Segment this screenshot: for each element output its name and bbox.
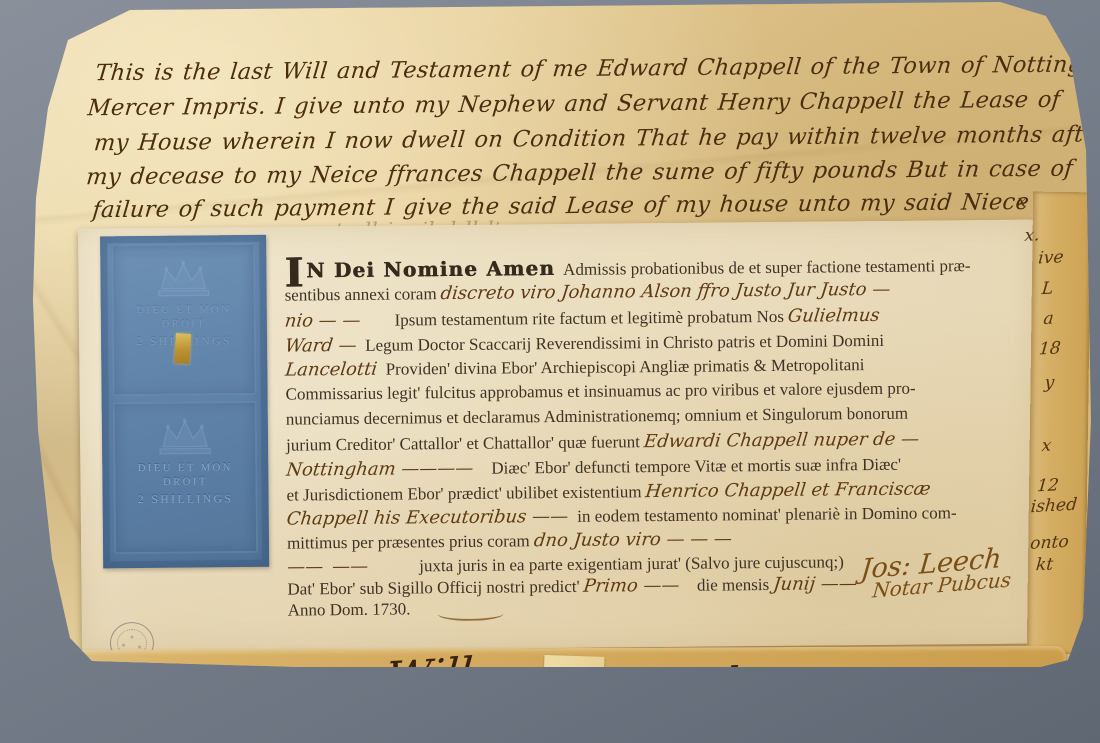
ink-flourish xyxy=(438,607,504,622)
stamp-duty: 2 SHILLINGS xyxy=(138,493,234,506)
probate-line: Dat' Ebor' sub Sigillo Officij nostri pr… xyxy=(287,573,857,599)
will-line: my House wherein I now dwell on Conditio… xyxy=(93,121,1100,156)
stamp-motto: DROIT xyxy=(163,476,208,487)
parchment-strap xyxy=(826,727,879,743)
parchment-document: This is the last Will and Testament of m… xyxy=(0,0,1100,743)
probate-text-segment: Primo —— xyxy=(583,575,681,597)
probate-text-segment: Admissis probationibus de et super facti… xyxy=(563,256,971,279)
margin-fragment: x xyxy=(1016,191,1027,211)
paper-patch xyxy=(543,655,604,692)
margin-fragment: kt xyxy=(1035,554,1054,575)
will-line: my decease to my Neice ffrances Chappell… xyxy=(85,156,1074,191)
probate-text-segment: jurium Creditor' Cattallor' et Chattallo… xyxy=(286,432,644,454)
probate-line: Chappell his Executoribus —— in eodem te… xyxy=(287,502,957,529)
notary-signature-block: Jos: Leech Notar Pubcus xyxy=(860,543,1012,604)
probate-line: Nottingham ———— Diæc' Ebor' defuncti tem… xyxy=(286,454,901,481)
probate-text-segment: Nottingham ———— xyxy=(285,458,492,481)
margin-fragment: ive xyxy=(1037,247,1064,268)
revenue-stamp: DIEU ET MON DROIT 2 SHILLINGS DIEU ET MO… xyxy=(100,235,269,569)
probate-text-segment: Junij —— xyxy=(772,573,858,595)
probate-text-segment: Providen' divina Ebor' Archiepiscopi Ang… xyxy=(377,355,864,379)
probate-text-segment: nio — — xyxy=(284,310,362,332)
probate-line: mittimus per præsentes prius coram dno J… xyxy=(287,528,732,553)
probate-text-segment: Chappell his Executoribus —— xyxy=(286,506,579,530)
endorsement-ward: Ward xyxy=(630,659,741,709)
folded-margin-strip: xx.iveLa18yx12ishedontokt xyxy=(1027,192,1091,655)
probate-text-segment: discreto viro Johanno Alson ffro Justo J… xyxy=(440,279,892,304)
margin-fragment: x xyxy=(1041,436,1052,456)
probate-text-segment: N Dei Nomine Amen xyxy=(306,256,563,282)
margin-fragment: 18 xyxy=(1038,338,1062,359)
probate-text-segment: mittimus per præsentes prius coram xyxy=(287,531,534,552)
probate-line: Ward — Legum Doctor Scaccarij Reverendis… xyxy=(285,330,884,357)
margin-fragment: ished xyxy=(1030,495,1078,517)
will-line: This is the last Will and Testament of m… xyxy=(94,51,1098,86)
margin-fragment: x. xyxy=(1024,225,1041,246)
crown-icon xyxy=(150,257,216,302)
stamp-motto: DIEU ET MON xyxy=(136,304,231,316)
probate-text-segment: die mensis xyxy=(680,575,774,595)
probate-text-segment: Dat' Ebor' sub Sigillo Officij nostri pr… xyxy=(287,577,584,599)
probate-text-segment: Henrico Chappell et Franciscæ xyxy=(645,478,932,502)
probate-line: Lancelotti Providen' divina Ebor' Archie… xyxy=(285,354,864,381)
margin-fragment: L xyxy=(1041,279,1054,300)
revenue-stamp-panel-top: DIEU ET MON DROIT 2 SHILLINGS xyxy=(111,243,256,396)
probate-text-segment: et Jurisdictionem Ebor' prædict' ubilibe… xyxy=(286,482,645,504)
probate-text-segment: sentibus annexi coram xyxy=(285,284,441,304)
probate-text-segment: juxta juris in ea parte exigentiam jurat… xyxy=(368,552,844,576)
probate-text-segment: Lancelotti xyxy=(284,359,378,381)
probate-text-segment: nunciamus decernimus et declaramus Admin… xyxy=(286,404,908,429)
will-text-block: This is the last Will and Testament of m… xyxy=(85,40,1065,239)
gold-wax-fleck xyxy=(174,333,191,364)
margin-fragment: y xyxy=(1044,373,1055,393)
endorsement-will: Will: xyxy=(384,648,490,705)
will-line: Mercer Impris. I give unto my Nephew and… xyxy=(86,87,1061,122)
probate-text-segment: Commissarius legit' fulcitus approbamus … xyxy=(285,379,915,404)
probate-text-segment: Anno Dom. 1730. xyxy=(288,599,411,619)
probate-line: Commissarius legit' fulcitus approbamus … xyxy=(285,379,915,405)
probate-text-segment: Edwardi Chappell nuper de — xyxy=(643,429,920,453)
probate-text-segment: Ipsum testamentum rite factum et legitim… xyxy=(360,307,788,330)
probate-certificate: IN Dei Nomine Amen Admissis probationibu… xyxy=(78,219,1040,652)
probate-line: sentibus annexi coram discreto viro Joha… xyxy=(285,279,891,306)
photo-background: This is the last Will and Testament of m… xyxy=(0,0,1100,743)
probate-line: jurium Creditor' Cattallor' et Chattallo… xyxy=(286,429,919,456)
probate-text-segment: in eodem testamento nominat' plenariè in… xyxy=(577,503,957,526)
probate-text-segment: dno Justo viro — — — xyxy=(533,528,733,551)
endorsement-strip: Will: Ward xyxy=(66,646,1066,732)
probate-text-segment: Gulielmus xyxy=(787,305,881,327)
revenue-stamp-panel-bottom: DIEU ET MON DROIT 2 SHILLINGS xyxy=(113,401,258,554)
probate-text-segment: —— —— xyxy=(286,556,369,578)
probate-line: nunciamus decernimus et declaramus Admin… xyxy=(286,404,908,430)
crown-icon xyxy=(152,415,218,460)
parchment-strap xyxy=(541,706,662,743)
probate-text-segment: Legum Doctor Scaccarij Reverendissimi in… xyxy=(357,331,885,355)
margin-fragment: a xyxy=(1043,309,1055,329)
stamp-motto: DROIT xyxy=(162,318,207,329)
probate-text-segment: Ward — xyxy=(284,335,358,357)
stamp-motto: DIEU ET MON xyxy=(138,462,233,474)
probate-line: et Jurisdictionem Ebor' prædict' ubilibe… xyxy=(286,478,931,505)
probate-line: nio — — Ipsum testamentum rite factum et… xyxy=(285,305,880,332)
margin-fragment: onto xyxy=(1029,532,1069,554)
will-line: failure of such payment I give the said … xyxy=(91,189,1052,223)
margin-fragment: 12 xyxy=(1036,475,1060,496)
probate-text-segment: Diæc' Ebor' defuncti tempore Vitæ et mor… xyxy=(491,455,901,478)
probate-line: Anno Dom. 1730. xyxy=(288,599,411,620)
